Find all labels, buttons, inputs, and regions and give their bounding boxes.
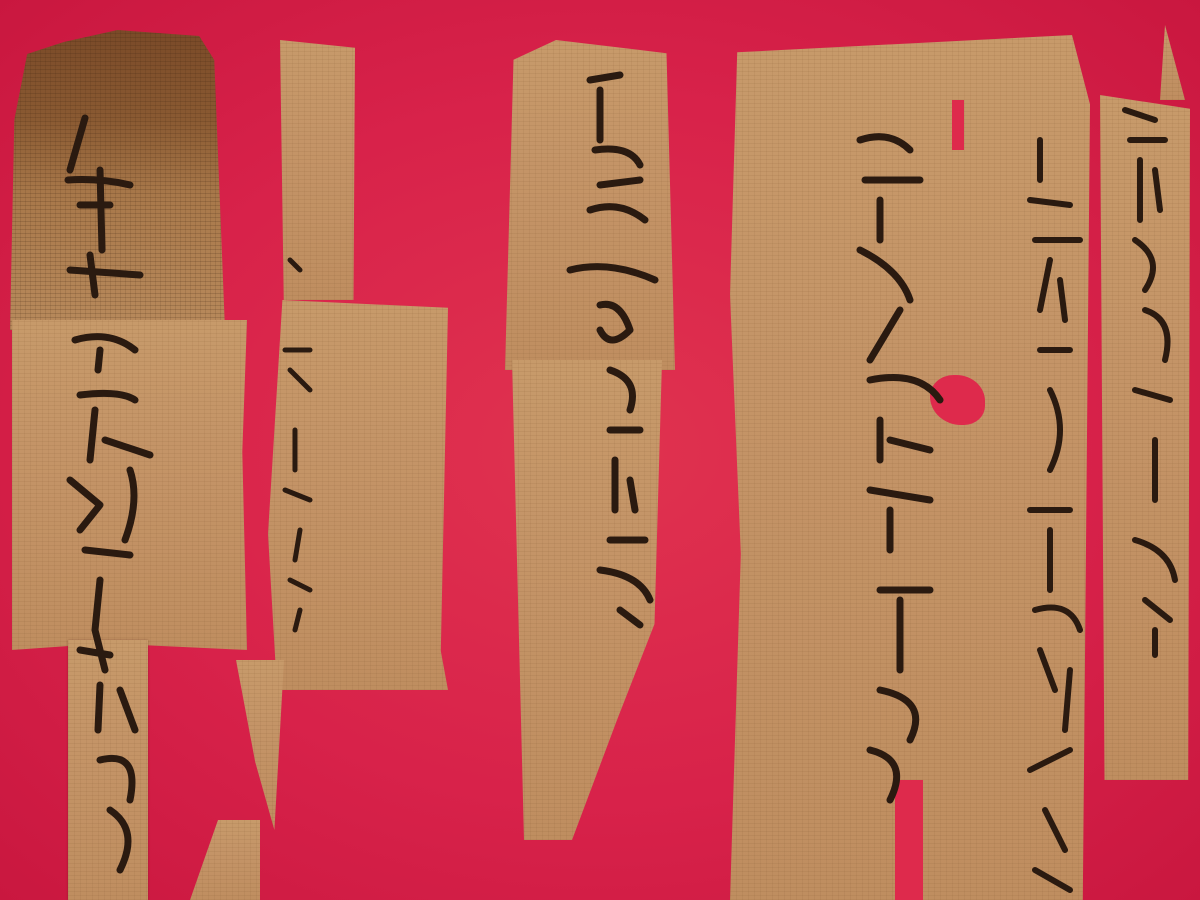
hieratic-column-2 xyxy=(270,250,330,650)
hieratic-column-1 xyxy=(40,110,180,900)
papyrus-fragment-5-tip xyxy=(1160,25,1185,100)
papyrus-fragment-2-bottom xyxy=(190,820,260,900)
hieratic-column-3 xyxy=(560,70,670,630)
papyrus-photo: Fragments of ancient Egyptian papyrus wi… xyxy=(0,0,1200,900)
hieratic-column-4b xyxy=(1010,130,1100,900)
papyrus-fragment-2-sliver xyxy=(236,660,284,830)
hieratic-column-4a xyxy=(840,120,960,840)
hieratic-column-5 xyxy=(1115,100,1195,660)
